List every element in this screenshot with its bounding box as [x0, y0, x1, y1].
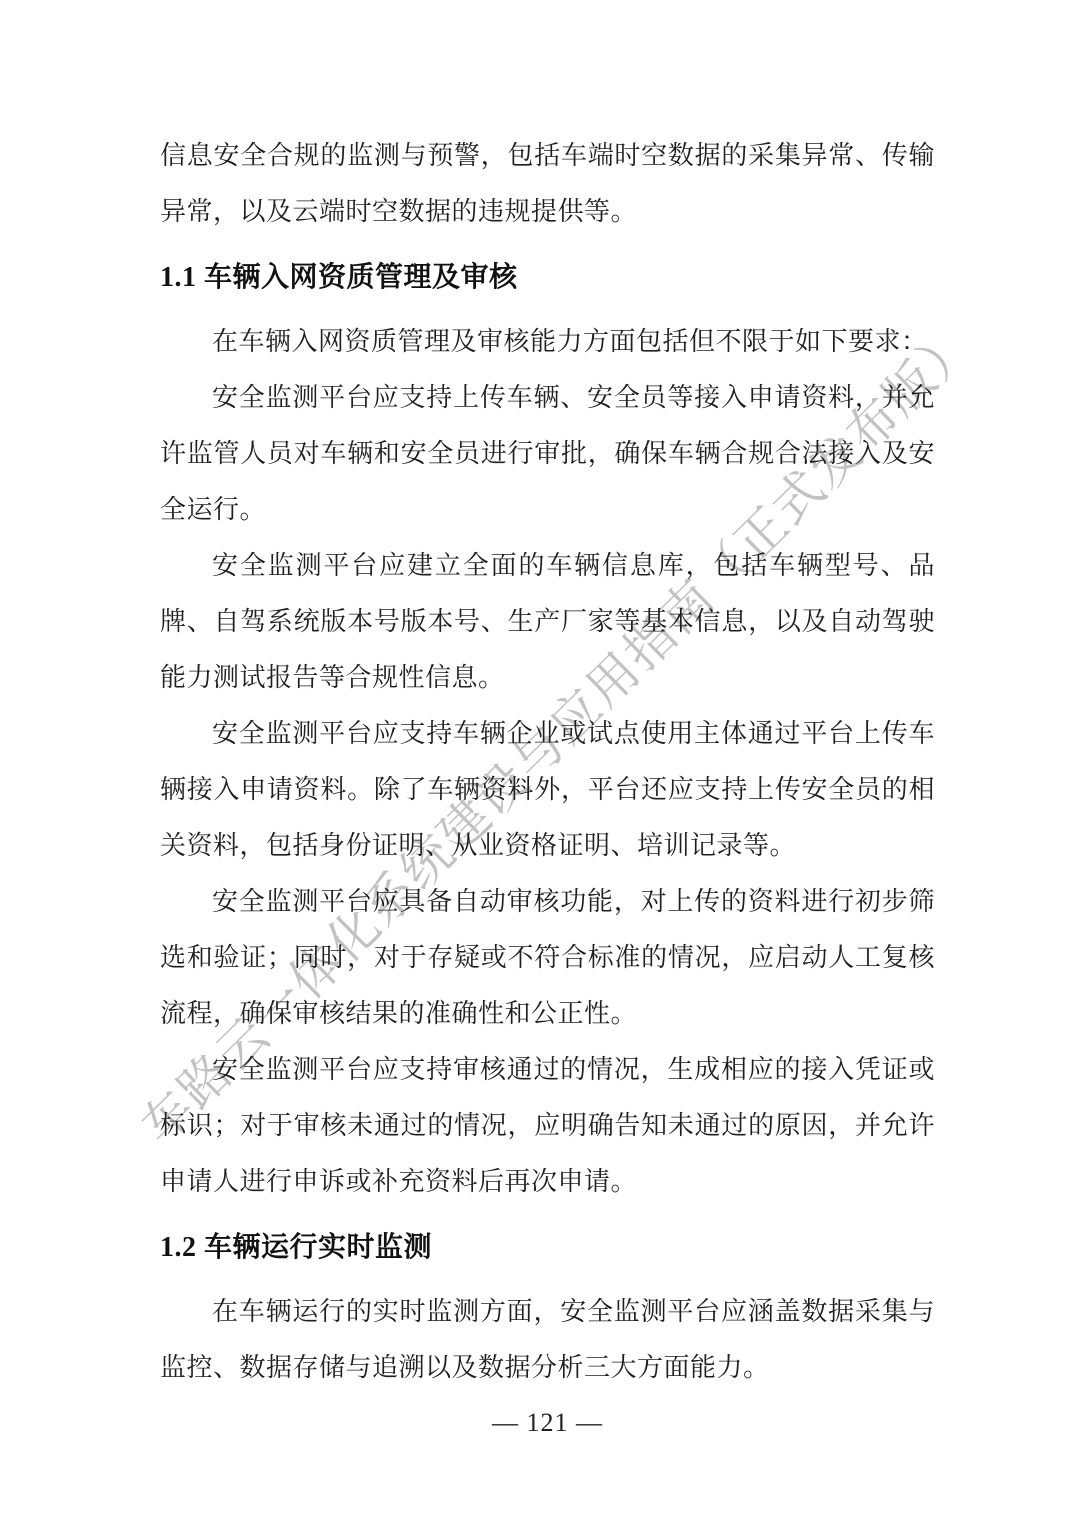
page-number: — 121 —: [492, 1408, 603, 1437]
paragraph-auto-review: 安全监测平台应具备自动审核功能，对上传的资料进行初步筛选和验证；同时，对于存疑或…: [160, 874, 935, 1042]
paragraph-realtime-monitoring: 在车辆运行的实时监测方面，安全监测平台应涵盖数据采集与监控、数据存储与追溯以及数…: [160, 1284, 935, 1396]
paragraph-vehicle-info-db: 安全监测平台应建立全面的车辆信息库，包括车辆型号、品牌、自驾系统版本号版本号、生…: [160, 538, 935, 706]
paragraph-enterprise-upload: 安全监测平台应支持车辆企业或试点使用主体通过平台上传车辆接入申请资料。除了车辆资…: [160, 706, 935, 874]
page-footer: — 121 —: [160, 1403, 935, 1443]
paragraph-continuation: 信息安全合规的监测与预警，包括车端时空数据的采集异常、传输异常，以及云端时空数据…: [160, 128, 935, 240]
paragraph-upload-approval: 安全监测平台应支持上传车辆、安全员等接入申请资料，并允许监管人员对车辆和安全员进…: [160, 370, 935, 538]
section-heading-1-1: 1.1 车辆入网资质管理及审核: [160, 250, 935, 306]
page-content: 信息安全合规的监测与预警，包括车端时空数据的采集异常、传输异常，以及云端时空数据…: [160, 128, 935, 1396]
document-page: 车路云一体化系统建设与应用指南（正式发布版） 信息安全合规的监测与预警，包括车端…: [0, 0, 1080, 1527]
section-heading-1-2: 1.2 车辆运行实时监测: [160, 1220, 935, 1276]
paragraph-review-result: 安全监测平台应支持审核通过的情况，生成相应的接入凭证或标识；对于审核未通过的情况…: [160, 1042, 935, 1210]
paragraph-requirements-intro: 在车辆入网资质管理及审核能力方面包括但不限于如下要求：: [160, 314, 935, 370]
